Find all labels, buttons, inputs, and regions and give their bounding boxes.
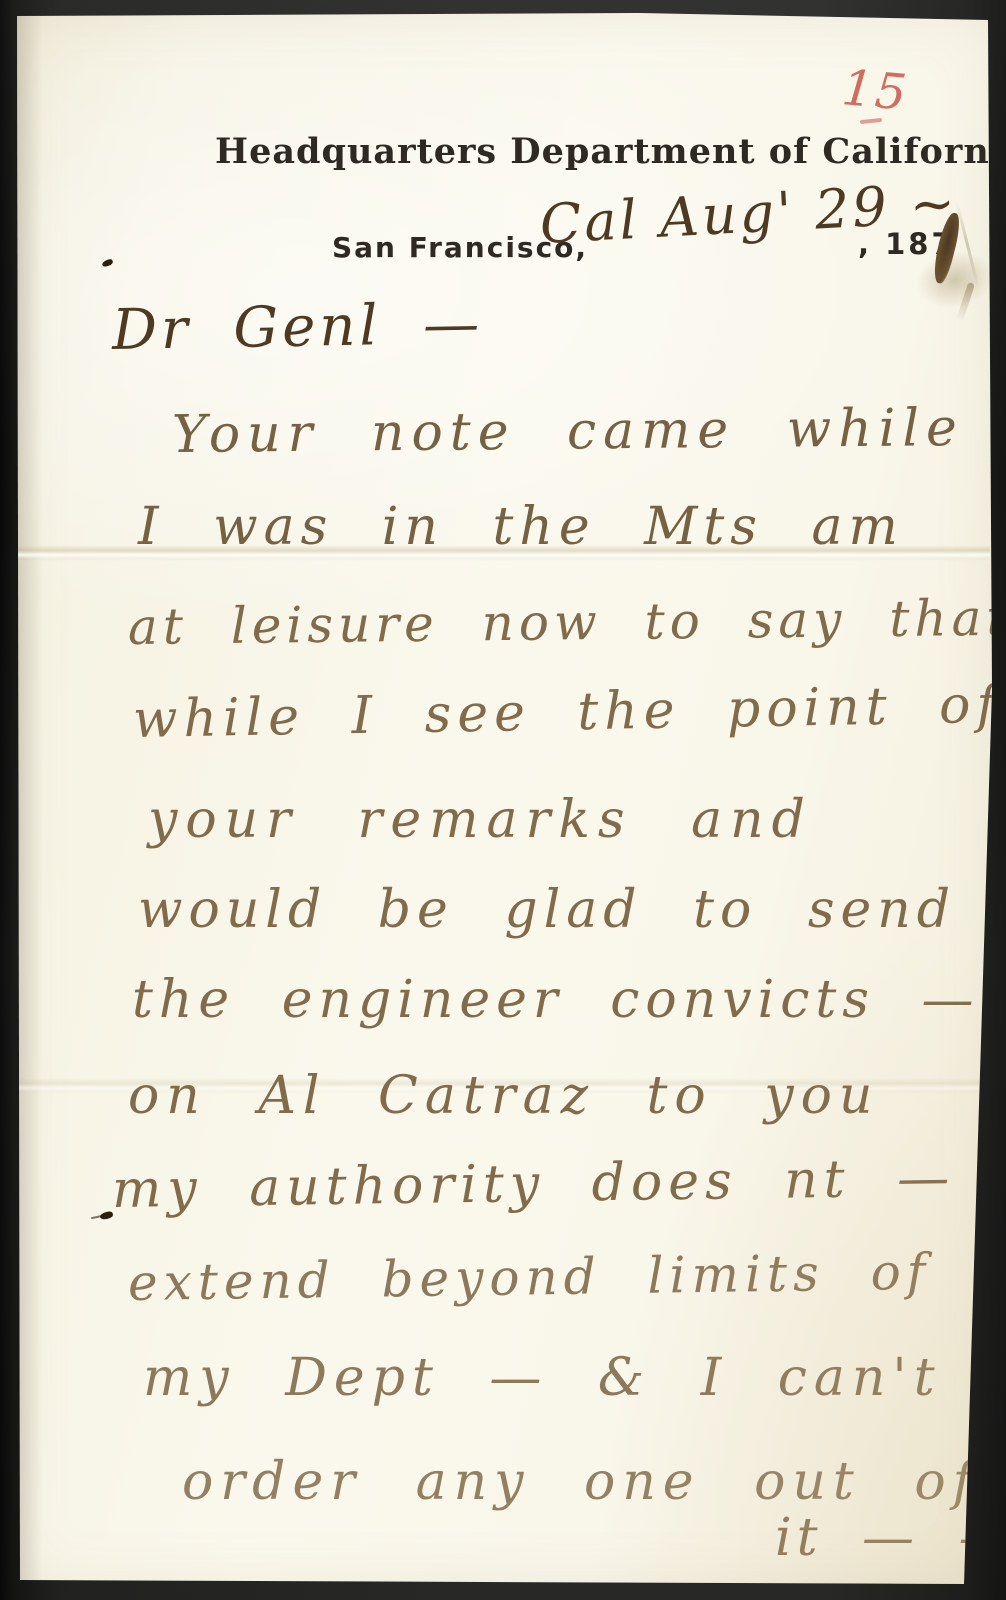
letter-line: my authority does nt —	[112, 1148, 956, 1220]
letter-line: your remarks and	[148, 790, 813, 850]
letter-line: Your note came while	[172, 398, 964, 465]
letter-page: Headquarters Department of California, S…	[0, 0, 1006, 1600]
salutation: Dr Genl —	[111, 292, 483, 363]
letter-line: extend beyond limits of	[128, 1243, 932, 1312]
letter-line: it — —	[775, 1508, 1006, 1568]
red-underline-mark	[860, 118, 882, 124]
letter-line: on Al Catraz to you	[128, 1066, 879, 1126]
letter-line: order any one out of	[182, 1452, 979, 1512]
ink-speck-top	[101, 258, 113, 267]
letter-line: at leisure now to say that	[128, 589, 1006, 656]
photo-mat: Headquarters Department of California, S…	[0, 0, 1006, 1600]
letter-line: would be glad to send	[138, 880, 956, 940]
letter-line: my Dept — & I can't	[143, 1348, 942, 1408]
red-page-number: 15	[840, 59, 911, 122]
letter-line: I was in the Mts am	[138, 497, 904, 557]
letter-line: while I see the point of	[132, 675, 1002, 750]
letter-line: the engineer convicts —	[132, 970, 979, 1030]
letterhead-title: Headquarters Department of California,	[215, 131, 875, 172]
